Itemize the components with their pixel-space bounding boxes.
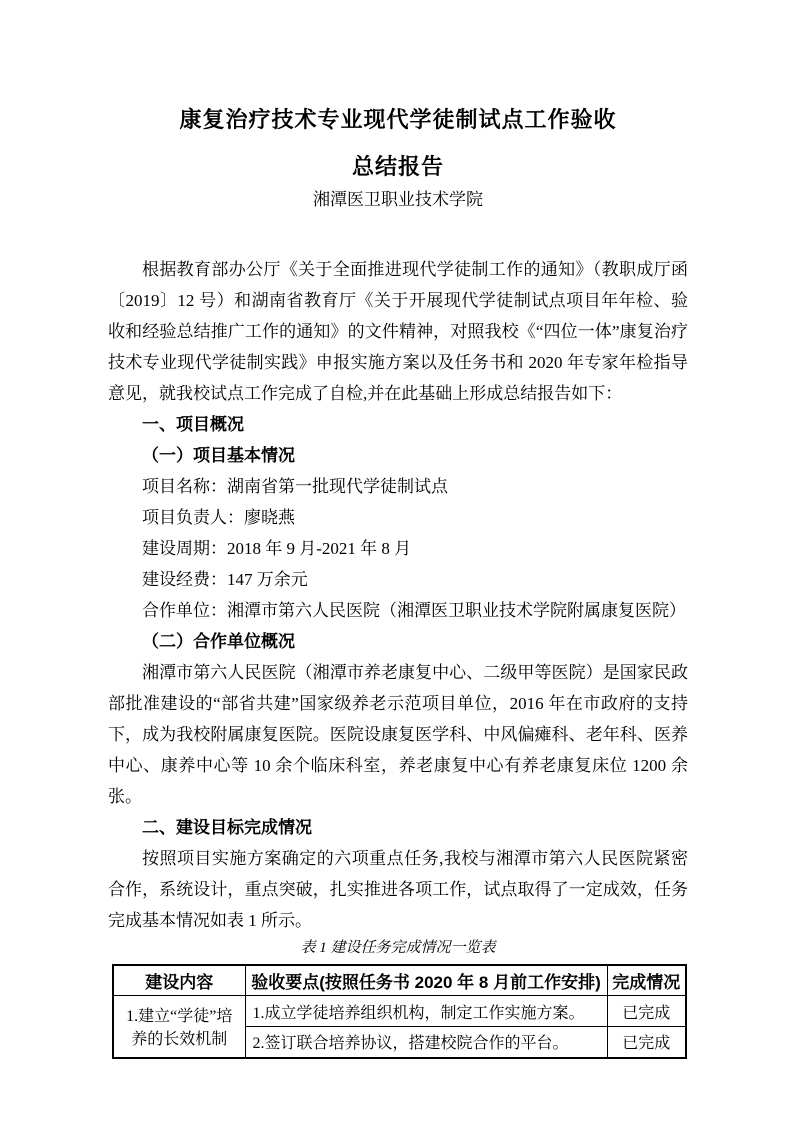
intro-paragraph: 根据教育部办公厅《关于全面推进现代学徒制工作的通知》（教职成厅函〔2019〕12… (108, 254, 688, 409)
field-partner-unit: 合作单位：湘潭市第六人民医院（湘潭医卫职业技术学院附属康复医院） (108, 595, 688, 626)
cell-point-1: 1.成立学徒培养组织机构，制定工作实施方案。 (245, 996, 607, 1027)
field-project-name: 项目名称：湖南省第一批现代学徒制试点 (108, 471, 688, 502)
cell-point-2: 2.签订联合培养协议，搭建校院合作的平台。 (245, 1027, 607, 1058)
document-page: 康复治疗技术专业现代学徒制试点工作验收 总结报告 湘潭医卫职业技术学院 根据教育… (0, 0, 793, 1122)
header-acceptance-points: 验收要点(按照任务书 2020 年 8 月前工作安排) (245, 965, 607, 996)
table-caption: 表 1 建设任务完成情况一览表 (108, 937, 688, 959)
doc-subtitle-institution: 湘潭医卫职业技术学院 (108, 190, 688, 210)
cell-status-2: 已完成 (607, 1027, 686, 1058)
section-1-heading: 一、项目概况 (108, 409, 688, 440)
field-build-period: 建设周期：2018 年 9 月-2021 年 8 月 (108, 533, 688, 564)
partner-overview-paragraph: 湘潭市第六人民医院（湘潭市养老康复中心、二级甲等医院）是国家民政部批准建设的“部… (108, 657, 688, 812)
doc-title-line2: 总结报告 (108, 153, 688, 181)
section-1-1-heading: （一）项目基本情况 (108, 440, 688, 471)
field-project-leader: 项目负责人：廖晓燕 (108, 502, 688, 533)
goals-paragraph: 按照项目实施方案确定的六项重点任务,我校与湘潭市第六人民医院紧密合作，系统设计，… (108, 843, 688, 936)
doc-title-line1: 康复治疗技术专业现代学徒制试点工作验收 (108, 106, 688, 134)
cell-status-1: 已完成 (607, 996, 686, 1027)
header-completion-status: 完成情况 (607, 965, 686, 996)
table-header-row: 建设内容 验收要点(按照任务书 2020 年 8 月前工作安排) 完成情况 (113, 965, 686, 996)
header-build-content: 建设内容 (113, 965, 245, 996)
section-1-2-heading: （二）合作单位概况 (108, 626, 688, 657)
field-build-budget: 建设经费：147 万余元 (108, 564, 688, 595)
table-row: 1.建立“学徒”培养的长效机制 1.成立学徒培养组织机构，制定工作实施方案。 已… (113, 996, 686, 1027)
cell-task-1: 1.建立“学徒”培养的长效机制 (113, 996, 245, 1058)
section-2-heading: 二、建设目标完成情况 (108, 812, 688, 843)
task-completion-table: 建设内容 验收要点(按照任务书 2020 年 8 月前工作安排) 完成情况 1.… (112, 964, 687, 1059)
